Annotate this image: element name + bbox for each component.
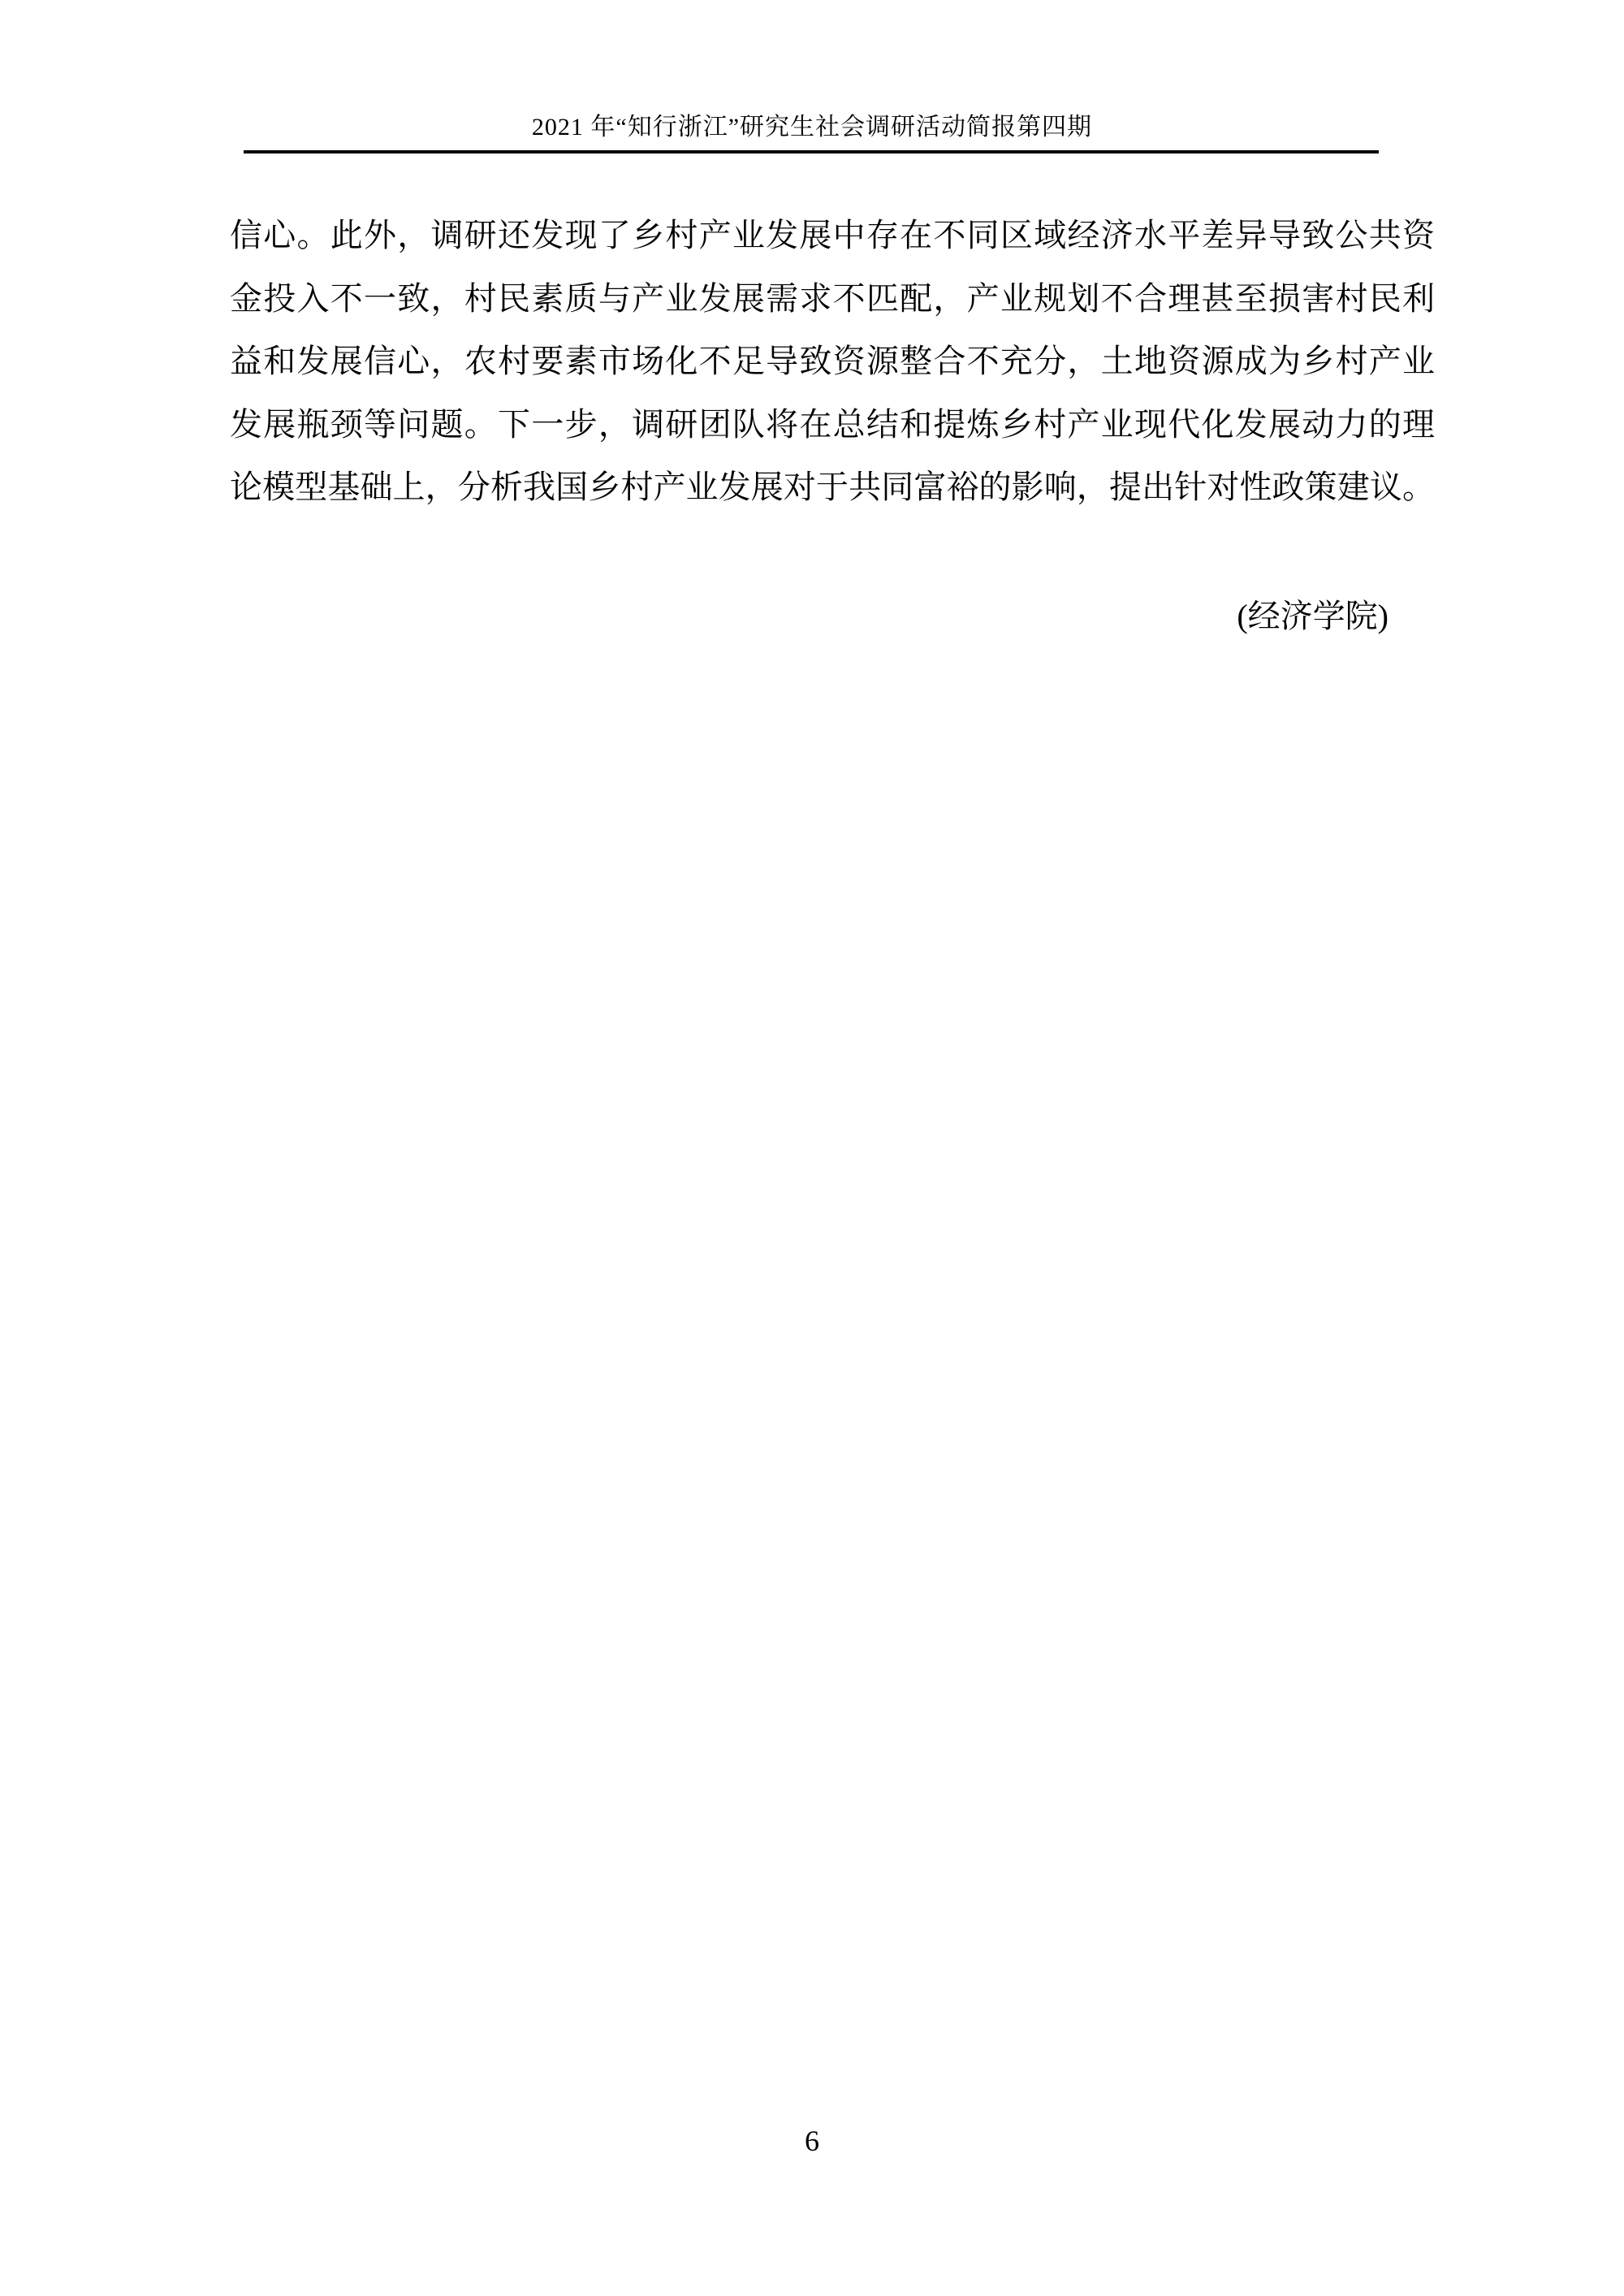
body-paragraph: 信心。此外，调研还发现了乡村产业发展中存在不同区域经济水平差异导致公共资 金投入… [230,204,1435,519]
document-page: 2021 年“知行浙江”研究生社会调研活动简报第四期 信心。此外，调研还发现了乡… [0,0,1624,2296]
page-header-title: 2021 年“知行浙江”研究生社会调研活动简报第四期 [0,112,1624,143]
attribution-text: (经济学院) [1237,598,1389,635]
body-line: 论模型基础上，分析我国乡村产业发展对于共同富裕的影响，提出针对性政策建议。 [230,456,1435,519]
header-rule [244,150,1379,153]
body-line: 益和发展信心，农村要素市场化不足导致资源整合不充分，土地资源成为乡村产业 [230,330,1435,393]
body-line: 信心。此外，调研还发现了乡村产业发展中存在不同区域经济水平差异导致公共资 [230,204,1435,267]
body-line: 金投入不一致，村民素质与产业发展需求不匹配，产业规划不合理甚至损害村民利 [230,267,1435,331]
page-number: 6 [0,2126,1624,2155]
body-line: 发展瓶颈等问题。下一步，调研团队将在总结和提炼乡村产业现代化发展动力的理 [230,393,1435,456]
